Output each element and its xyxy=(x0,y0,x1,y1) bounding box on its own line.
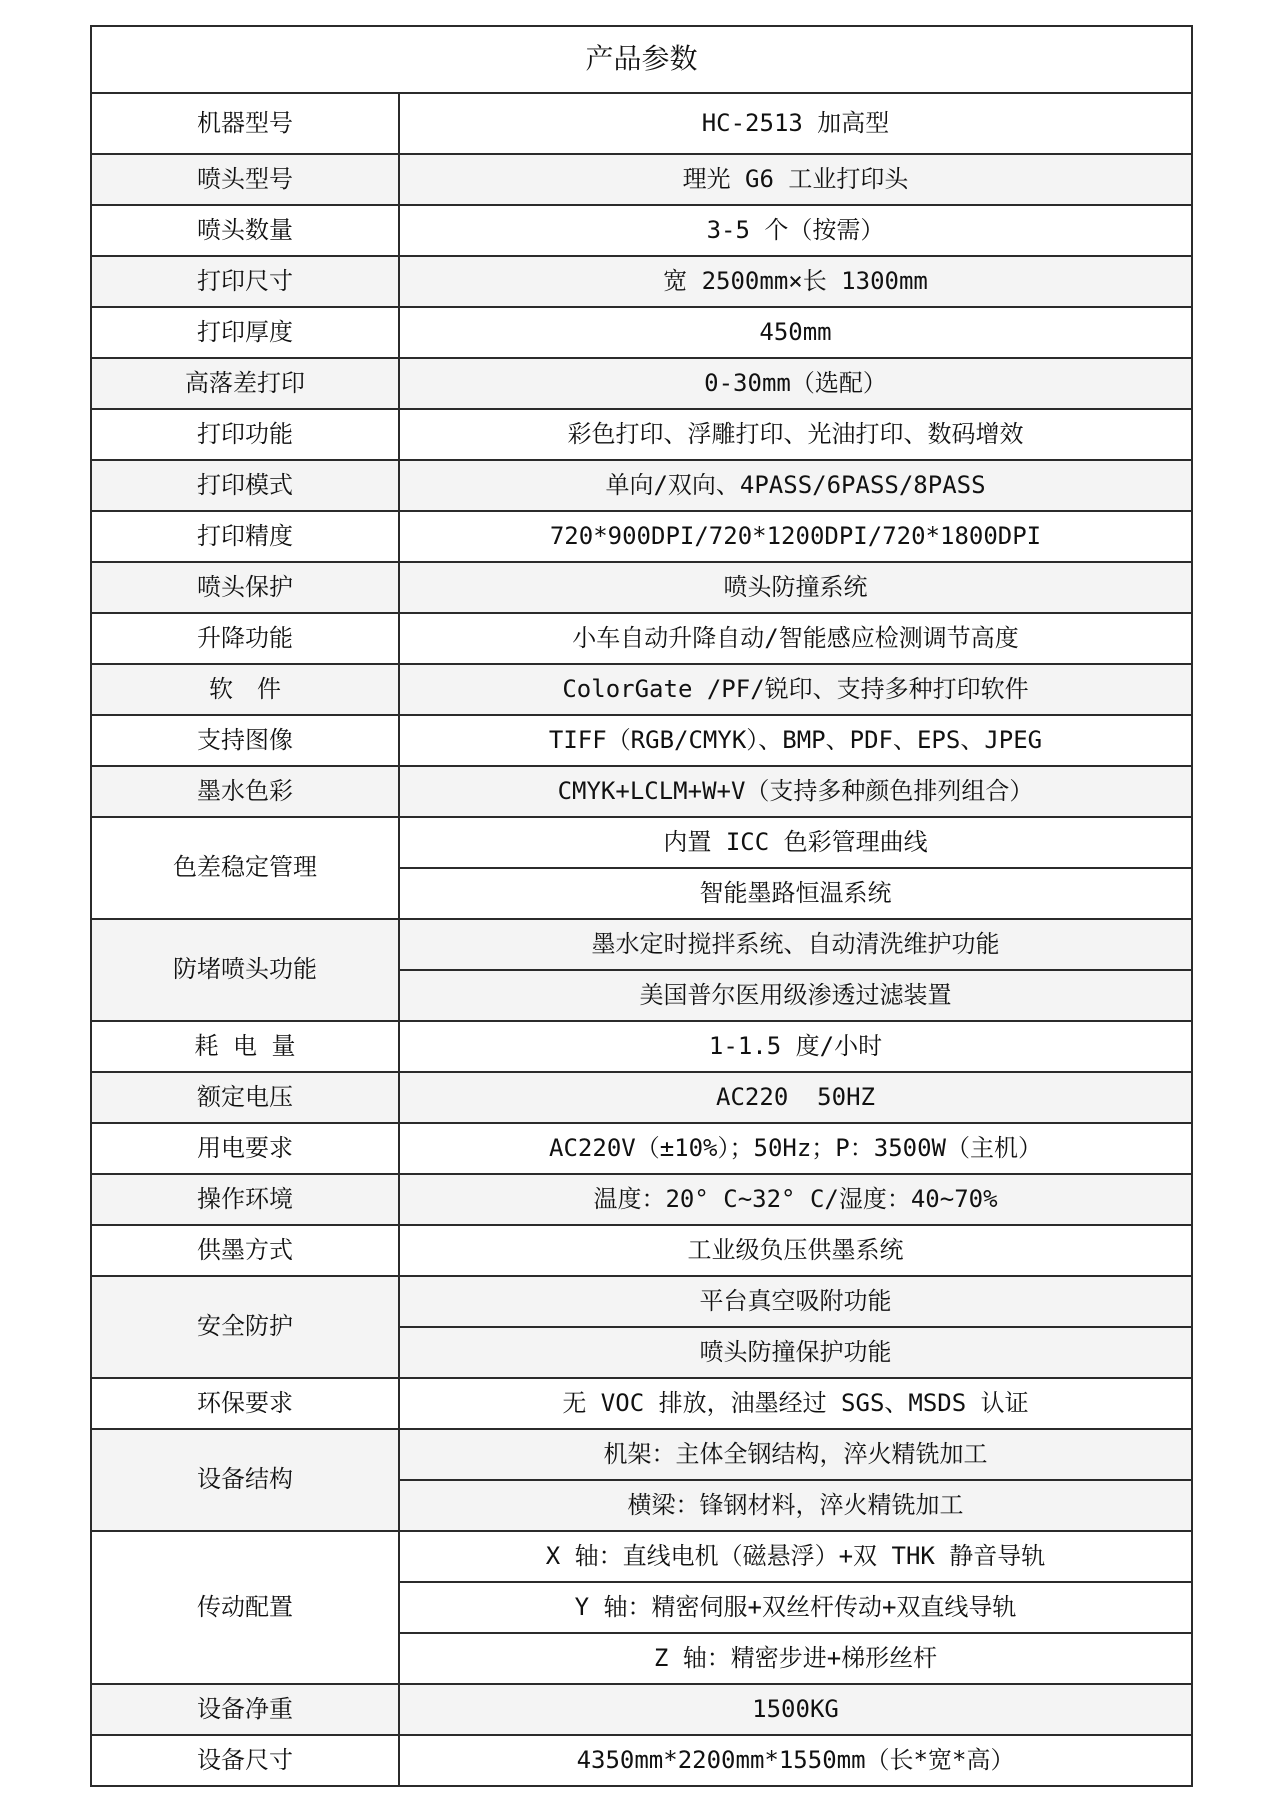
spec-value: 美国普尔医用级渗透过滤装置 xyxy=(399,970,1192,1021)
spec-value: CMYK+LCLM+W+V（支持多种颜色排列组合） xyxy=(399,766,1192,817)
spec-label: 墨水色彩 xyxy=(91,766,399,817)
table-row: 设备净重 1500KG xyxy=(91,1684,1192,1735)
spec-label: 软 件 xyxy=(91,664,399,715)
spec-value: 工业级负压供墨系统 xyxy=(399,1225,1192,1276)
table-row: 供墨方式 工业级负压供墨系统 xyxy=(91,1225,1192,1276)
spec-value: 小车自动升降自动/智能感应检测调节高度 xyxy=(399,613,1192,664)
spec-value: 无 VOC 排放，油墨经过 SGS、MSDS 认证 xyxy=(399,1378,1192,1429)
spec-value: 4350mm*2200mm*1550mm（长*宽*高） xyxy=(399,1735,1192,1786)
spec-value: 0-30mm（选配） xyxy=(399,358,1192,409)
spec-label: 色差稳定管理 xyxy=(91,817,399,919)
spec-value: 宽 2500mm×长 1300mm xyxy=(399,256,1192,307)
spec-value: ColorGate /PF/锐印、支持多种打印软件 xyxy=(399,664,1192,715)
spec-value: 智能墨路恒温系统 xyxy=(399,868,1192,919)
table-row: 支持图像 TIFF（RGB/CMYK）、BMP、PDF、EPS、JPEG xyxy=(91,715,1192,766)
spec-value: TIFF（RGB/CMYK）、BMP、PDF、EPS、JPEG xyxy=(399,715,1192,766)
spec-value: 450mm xyxy=(399,307,1192,358)
table-row: 打印精度 720*900DPI/720*1200DPI/720*1800DPI xyxy=(91,511,1192,562)
table-row: 打印模式 单向/双向、4PASS/6PASS/8PASS xyxy=(91,460,1192,511)
spec-value: 喷头防撞保护功能 xyxy=(399,1327,1192,1378)
spec-label: 供墨方式 xyxy=(91,1225,399,1276)
table-row: 升降功能 小车自动升降自动/智能感应检测调节高度 xyxy=(91,613,1192,664)
table-row: 喷头数量 3-5 个（按需） xyxy=(91,205,1192,256)
spec-label: 耗 电 量 xyxy=(91,1021,399,1072)
table-title: 产品参数 xyxy=(91,26,1192,93)
table-row: 机器型号 HC-2513 加高型 xyxy=(91,93,1192,154)
spec-value: 理光 G6 工业打印头 xyxy=(399,154,1192,205)
spec-label: 设备尺寸 xyxy=(91,1735,399,1786)
table-row: 安全防护 平台真空吸附功能 xyxy=(91,1276,1192,1327)
spec-label: 打印尺寸 xyxy=(91,256,399,307)
spec-value: 内置 ICC 色彩管理曲线 xyxy=(399,817,1192,868)
spec-label: 环保要求 xyxy=(91,1378,399,1429)
table-row: 喷头保护 喷头防撞系统 xyxy=(91,562,1192,613)
table-row: 防堵喷头功能 墨水定时搅拌系统、自动清洗维护功能 xyxy=(91,919,1192,970)
spec-label: 打印精度 xyxy=(91,511,399,562)
spec-label: 喷头保护 xyxy=(91,562,399,613)
table-row: 打印厚度 450mm xyxy=(91,307,1192,358)
spec-label: 操作环境 xyxy=(91,1174,399,1225)
table-row: 设备尺寸 4350mm*2200mm*1550mm（长*宽*高） xyxy=(91,1735,1192,1786)
spec-value: 机架：主体全钢结构，淬火精铣加工 xyxy=(399,1429,1192,1480)
spec-label: 设备净重 xyxy=(91,1684,399,1735)
spec-value: HC-2513 加高型 xyxy=(399,93,1192,154)
spec-value: Z 轴：精密步进+梯形丝杆 xyxy=(399,1633,1192,1684)
spec-label: 喷头型号 xyxy=(91,154,399,205)
page: 产品参数 机器型号 HC-2513 加高型 喷头型号 理光 G6 工业打印头 喷… xyxy=(0,0,1280,1800)
spec-label: 用电要求 xyxy=(91,1123,399,1174)
table-row: 耗 电 量 1-1.5 度/小时 xyxy=(91,1021,1192,1072)
spec-value: 720*900DPI/720*1200DPI/720*1800DPI xyxy=(399,511,1192,562)
spec-value: 喷头防撞系统 xyxy=(399,562,1192,613)
table-row: 喷头型号 理光 G6 工业打印头 xyxy=(91,154,1192,205)
product-spec-table: 产品参数 机器型号 HC-2513 加高型 喷头型号 理光 G6 工业打印头 喷… xyxy=(90,25,1193,1787)
table-row: 打印尺寸 宽 2500mm×长 1300mm xyxy=(91,256,1192,307)
table-row: 传动配置 X 轴：直线电机（磁悬浮）+双 THK 静音导轨 xyxy=(91,1531,1192,1582)
table-row: 打印功能 彩色打印、浮雕打印、光油打印、数码增效 xyxy=(91,409,1192,460)
spec-value: 1-1.5 度/小时 xyxy=(399,1021,1192,1072)
table-row: 软 件 ColorGate /PF/锐印、支持多种打印软件 xyxy=(91,664,1192,715)
table-row: 用电要求 AC220V（±10%）；50Hz；P：3500W（主机） xyxy=(91,1123,1192,1174)
table-row: 墨水色彩 CMYK+LCLM+W+V（支持多种颜色排列组合） xyxy=(91,766,1192,817)
spec-label: 支持图像 xyxy=(91,715,399,766)
spec-label: 喷头数量 xyxy=(91,205,399,256)
spec-label: 防堵喷头功能 xyxy=(91,919,399,1021)
spec-value: 1500KG xyxy=(399,1684,1192,1735)
spec-label: 打印模式 xyxy=(91,460,399,511)
spec-value: 墨水定时搅拌系统、自动清洗维护功能 xyxy=(399,919,1192,970)
spec-value: 平台真空吸附功能 xyxy=(399,1276,1192,1327)
spec-value: AC220V（±10%）；50Hz；P：3500W（主机） xyxy=(399,1123,1192,1174)
spec-label: 打印厚度 xyxy=(91,307,399,358)
spec-label: 安全防护 xyxy=(91,1276,399,1378)
table-row: 色差稳定管理 内置 ICC 色彩管理曲线 xyxy=(91,817,1192,868)
spec-label: 高落差打印 xyxy=(91,358,399,409)
spec-value: 彩色打印、浮雕打印、光油打印、数码增效 xyxy=(399,409,1192,460)
table-row: 设备结构 机架：主体全钢结构，淬火精铣加工 xyxy=(91,1429,1192,1480)
table-row: 高落差打印 0-30mm（选配） xyxy=(91,358,1192,409)
table-row: 环保要求 无 VOC 排放，油墨经过 SGS、MSDS 认证 xyxy=(91,1378,1192,1429)
spec-value: AC220 50HZ xyxy=(399,1072,1192,1123)
spec-value: Y 轴：精密伺服+双丝杆传动+双直线导轨 xyxy=(399,1582,1192,1633)
table-row: 额定电压 AC220 50HZ xyxy=(91,1072,1192,1123)
spec-value: 横梁：锋钢材料，淬火精铣加工 xyxy=(399,1480,1192,1531)
spec-value: X 轴：直线电机（磁悬浮）+双 THK 静音导轨 xyxy=(399,1531,1192,1582)
spec-label: 额定电压 xyxy=(91,1072,399,1123)
spec-label: 升降功能 xyxy=(91,613,399,664)
spec-value: 3-5 个（按需） xyxy=(399,205,1192,256)
spec-value: 温度：20° C~32° C/湿度：40~70% xyxy=(399,1174,1192,1225)
spec-label: 设备结构 xyxy=(91,1429,399,1531)
table-header-row: 产品参数 xyxy=(91,26,1192,93)
table-row: 操作环境 温度：20° C~32° C/湿度：40~70% xyxy=(91,1174,1192,1225)
spec-label: 打印功能 xyxy=(91,409,399,460)
spec-label: 机器型号 xyxy=(91,93,399,154)
spec-label: 传动配置 xyxy=(91,1531,399,1684)
spec-value: 单向/双向、4PASS/6PASS/8PASS xyxy=(399,460,1192,511)
